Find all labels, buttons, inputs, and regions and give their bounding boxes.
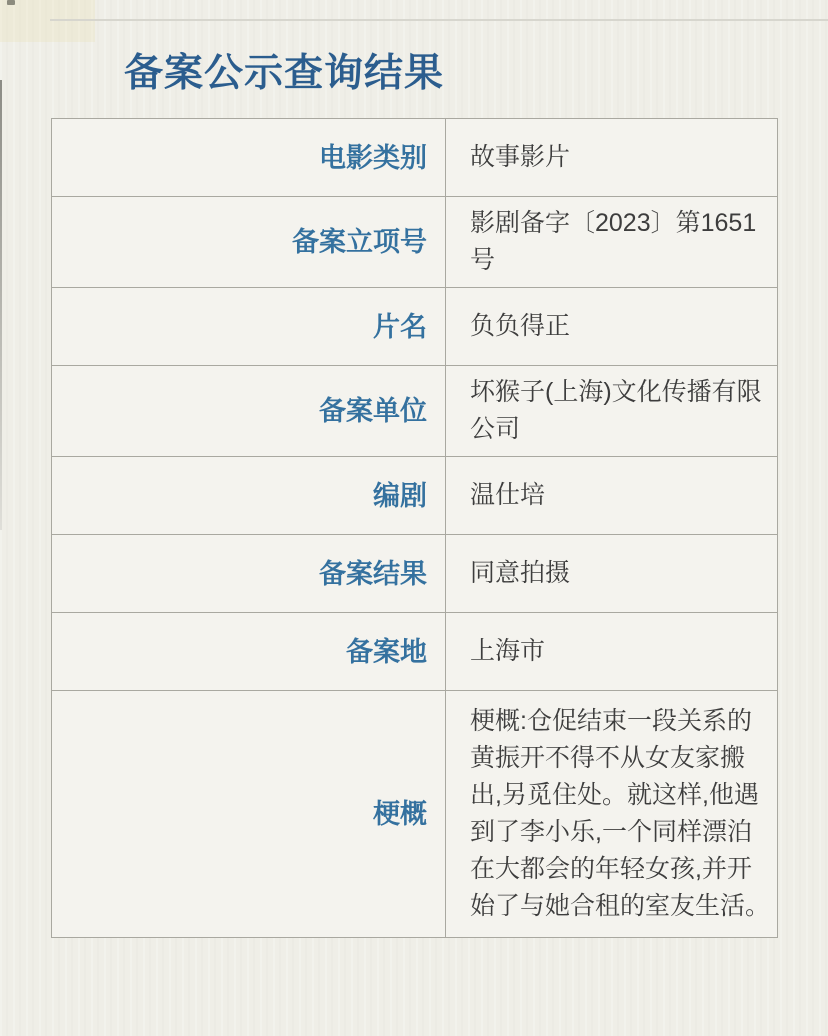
field-label: 编剧: [52, 457, 446, 535]
field-value: 同意拍摄: [446, 535, 778, 613]
field-label: 梗概: [52, 691, 446, 938]
field-label: 备案结果: [52, 535, 446, 613]
field-value: 温仕培: [446, 457, 778, 535]
field-label: 片名: [52, 288, 446, 366]
field-value: 梗概:仓促结束一段关系的黄振开不得不从女友家搬出,另觅住处。就这样,他遇到了李小…: [446, 691, 778, 938]
top-divider-line: [50, 19, 828, 21]
field-value: 故事影片: [446, 119, 778, 197]
photo-corner-tint: [0, 0, 95, 42]
field-value: 上海市: [446, 613, 778, 691]
field-label: 电影类别: [52, 119, 446, 197]
table-row-film-category: 电影类别 故事影片: [52, 119, 778, 197]
photo-edge-artifact: [7, 0, 15, 5]
page-title: 备案公示查询结果: [124, 52, 444, 96]
photo-edge-streak: [0, 80, 2, 530]
field-label: 备案地: [52, 613, 446, 691]
table-row-registration-result: 备案结果 同意拍摄: [52, 535, 778, 613]
page-root: 备案公示查询结果 电影类别 故事影片 备案立项号 影剧备字〔2023〕第1651…: [0, 0, 828, 1036]
registration-info-table: 电影类别 故事影片 备案立项号 影剧备字〔2023〕第1651号 片名 负负得正…: [51, 118, 778, 938]
field-value: 影剧备字〔2023〕第1651号: [446, 197, 778, 288]
field-value: 坏猴子(上海)文化传播有限公司: [446, 366, 778, 457]
table-row-registration-number: 备案立项号 影剧备字〔2023〕第1651号: [52, 197, 778, 288]
field-label: 备案单位: [52, 366, 446, 457]
field-label: 备案立项号: [52, 197, 446, 288]
table-row-registration-unit: 备案单位 坏猴子(上海)文化传播有限公司: [52, 366, 778, 457]
table-row-synopsis: 梗概 梗概:仓促结束一段关系的黄振开不得不从女友家搬出,另觅住处。就这样,他遇到…: [52, 691, 778, 938]
field-value: 负负得正: [446, 288, 778, 366]
table-row-film-title: 片名 负负得正: [52, 288, 778, 366]
table-row-screenwriter: 编剧 温仕培: [52, 457, 778, 535]
table-row-registration-place: 备案地 上海市: [52, 613, 778, 691]
